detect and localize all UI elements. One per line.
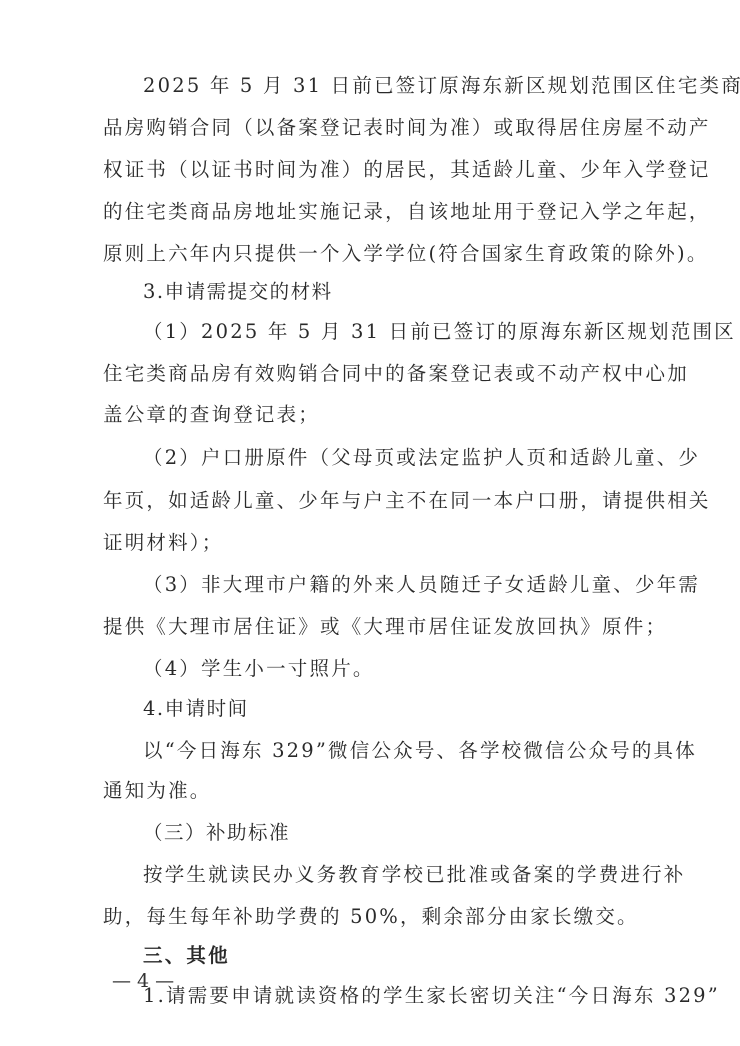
paragraph-line: 原则上六年内只提供一个入学学位(符合国家生育政策的除外)。 (103, 241, 648, 267)
paragraph-line: 盖公章的查询登记表； (103, 402, 648, 428)
paragraph-line: （1）2025 年 5 月 31 日前已签订的原海东新区规划范围区 (143, 319, 648, 345)
paragraph-line: 以“今日海东 329”微信公众号、各学校微信公众号的具体 (143, 738, 648, 764)
paragraph-line: 的住宅类商品房地址实施记录，自该地址用于登记入学之年起， (103, 199, 648, 225)
paragraph-line: （2）户口册原件（父母页或法定监护人页和适龄儿童、少 (143, 445, 648, 471)
section-heading-other: 三、其他 (143, 943, 648, 969)
subheading-subsidy-standard: （三）补助标准 (143, 820, 648, 846)
paragraph-line: 助，每生每年补助学费的 50%，剩余部分由家长缴交。 (103, 904, 648, 930)
paragraph-line: 证明材料）； (103, 530, 648, 556)
page-number: — 4 — (112, 968, 174, 994)
paragraph-line: 年页，如适龄儿童、少年与户主不在同一本户口册，请提供相关 (103, 488, 648, 514)
paragraph-line: （3）非大理市户籍的外来人员随迁子女适龄儿童、少年需 (143, 572, 648, 598)
paragraph-line: 提供《大理市居住证》或《大理市居住证发放回执》原件； (103, 614, 648, 640)
paragraph-line: 权证书（以证书时间为准）的居民，其适龄儿童、少年入学登记 (103, 157, 648, 183)
subheading-materials: 3.申请需提交的材料 (143, 279, 648, 305)
paragraph-line: 1.请需要申请就读资格的学生家长密切关注“今日海东 329” (143, 983, 648, 1009)
paragraph-line: 按学生就读民办义务教育学校已批准或备案的学费进行补 (143, 862, 648, 888)
paragraph-line: 通知为准。 (103, 778, 648, 804)
paragraph-line: （4）学生小一寸照片。 (143, 656, 648, 682)
paragraph-line: 品房购销合同（以备案登记表时间为准）或取得居住房屋不动产 (103, 115, 648, 141)
subheading-application-time: 4.申请时间 (143, 696, 648, 722)
paragraph-line: 2025 年 5 月 31 日前已签订原海东新区规划范围区住宅类商 (143, 73, 648, 99)
paragraph-line: 住宅类商品房有效购销合同中的备案登记表或不动产权中心加 (103, 361, 648, 387)
document-page: 2025 年 5 月 31 日前已签订原海东新区规划范围区住宅类商 品房购销合同… (0, 0, 740, 1046)
